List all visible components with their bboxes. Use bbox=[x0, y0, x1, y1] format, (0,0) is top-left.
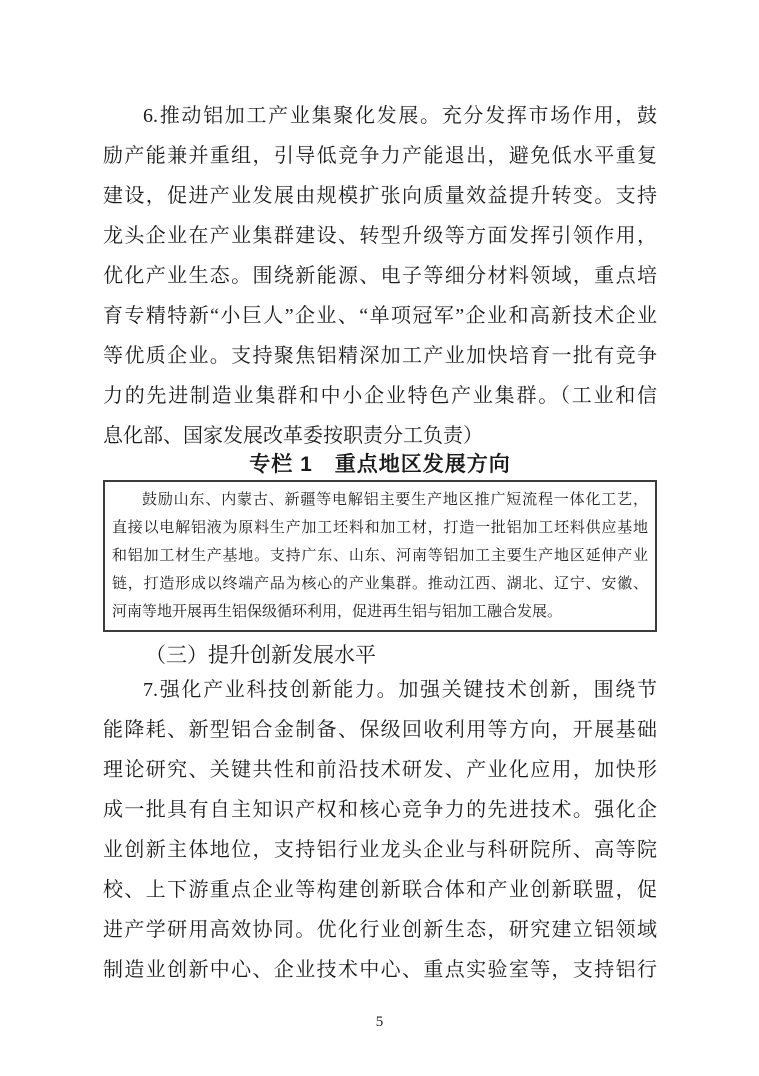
text-line: 直接以电解铝液为原料生产加工坯料和加工材，打造一批铝加工坯料供应基地 bbox=[112, 514, 648, 542]
text-line: 河南等地开展再生铝保级循环利用，促进再生铝与铝加工融合发展。 bbox=[112, 598, 648, 626]
paragraph-7: 7.强化产业科技创新能力。加强关键技术创新，围绕节能降耗、新型铝合金制备、保级回… bbox=[103, 670, 657, 990]
text-line: 龙头企业在产业集群建设、转型升级等方面发挥引领作用， bbox=[103, 216, 657, 256]
text-line: 校、上下游重点企业等构建创新联合体和产业创新联盟，促 bbox=[103, 870, 657, 910]
text-line: 优化产业生态。围绕新能源、电子等细分材料领域，重点培 bbox=[103, 256, 657, 296]
text-line: 等优质企业。支持聚焦铝精深加工产业加快培育一批有竞争 bbox=[103, 336, 657, 376]
text-line: 理论研究、关键共性和前沿技术研发、产业化应用，加快形 bbox=[103, 750, 657, 790]
text-line: 制造业创新中心、企业技术中心、重点实验室等，支持铝行 bbox=[103, 950, 657, 990]
text-line: 链，打造形成以终端产品为核心的产业集群。推动江西、湖北、辽宁、安徽、 bbox=[112, 570, 648, 598]
text-line: 励产能兼并重组，引导低竞争力产能退出，避免低水平重复 bbox=[103, 136, 657, 176]
document-page: 6.推动铝加工产业集聚化发展。充分发挥市场作用，鼓励产能兼并重组，引导低竞争力产… bbox=[0, 0, 759, 1076]
column-box-content: 鼓励山东、内蒙古、新疆等电解铝主要生产地区推广短流程一体化工艺，直接以电解铝液为… bbox=[112, 486, 648, 626]
column-box: 鼓励山东、内蒙古、新疆等电解铝主要生产地区推广短流程一体化工艺，直接以电解铝液为… bbox=[103, 480, 657, 632]
text-line: 业创新主体地位，支持铝行业龙头企业与科研院所、高等院 bbox=[103, 830, 657, 870]
text-line: 鼓励山东、内蒙古、新疆等电解铝主要生产地区推广短流程一体化工艺， bbox=[112, 486, 648, 514]
text-line: 7.强化产业科技创新能力。加强关键技术创新，围绕节 bbox=[103, 670, 657, 710]
body-content: 6.推动铝加工产业集聚化发展。充分发挥市场作用，鼓励产能兼并重组，引导低竞争力产… bbox=[103, 96, 657, 990]
section-heading: （三）提升创新发展水平 bbox=[103, 640, 657, 670]
paragraph-6: 6.推动铝加工产业集聚化发展。充分发挥市场作用，鼓励产能兼并重组，引导低竞争力产… bbox=[103, 96, 657, 456]
text-line: 能降耗、新型铝合金制备、保级回收利用等方向，开展基础 bbox=[103, 710, 657, 750]
text-line: 和铝加工材生产基地。支持广东、山东、河南等铝加工主要生产地区延伸产业 bbox=[112, 542, 648, 570]
text-line: 力的先进制造业集群和中小企业特色产业集群。（工业和信 bbox=[103, 376, 657, 416]
text-line: 育专精特新“小巨人”企业、“单项冠军”企业和高新技术企业 bbox=[103, 296, 657, 336]
text-line: 6.推动铝加工产业集聚化发展。充分发挥市场作用，鼓 bbox=[103, 96, 657, 136]
text-line: 建设，促进产业发展由规模扩张向质量效益提升转变。支持 bbox=[103, 176, 657, 216]
text-line: 成一批具有自主知识产权和核心竞争力的先进技术。强化企 bbox=[103, 790, 657, 830]
text-line: 进产学研用高效协同。优化行业创新生态，研究建立铝领域 bbox=[103, 910, 657, 950]
page-number: 5 bbox=[0, 1010, 759, 1034]
